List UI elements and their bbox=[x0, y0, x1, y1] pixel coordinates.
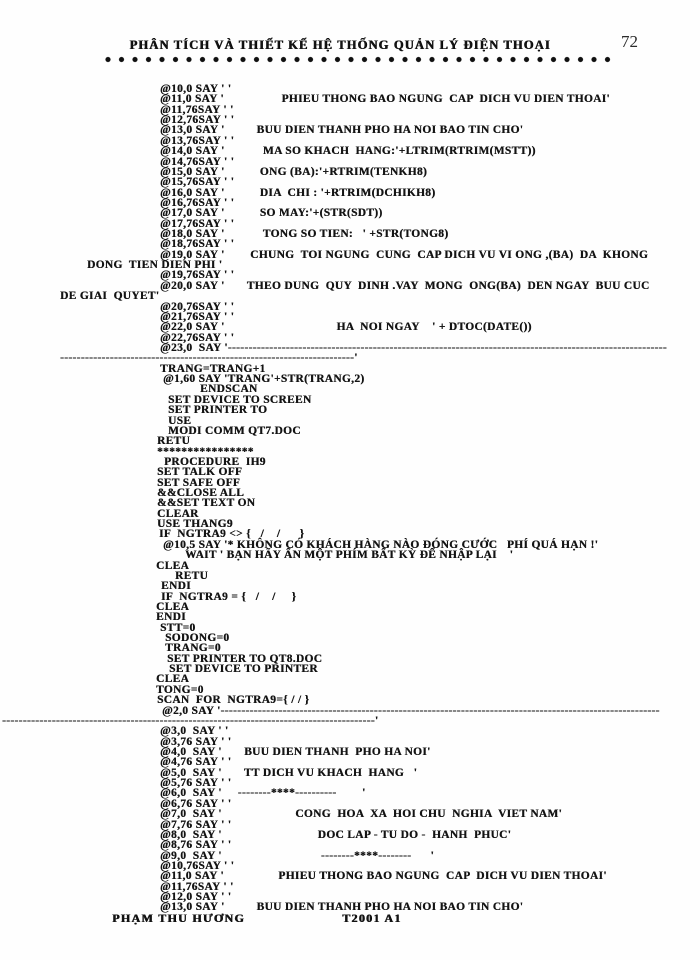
code-line: @5,0 SAY ' TT DICH VU KHACH HANG ' bbox=[0, 768, 700, 778]
code-line: ENDI bbox=[0, 581, 700, 591]
code-line: @7,0 SAY ' CONG HOA XA HOI CHU NGHIA VIE… bbox=[0, 809, 700, 819]
code-line: CLEA bbox=[0, 602, 700, 612]
code-line: WAIT ' BẠN HÃY ẤN MỘT PHÍM BẤT KỲ ĐỂ NHẬ… bbox=[0, 550, 700, 560]
code-line: CLEA bbox=[0, 561, 700, 571]
footer-class: T2001 A1 bbox=[342, 911, 401, 926]
code-line: @1,60 SAY 'TRANG'+STR(TRANG,2) bbox=[0, 374, 700, 384]
dotted-rule bbox=[104, 55, 616, 64]
code-line: @13,0 SAY ' BUU DIEN THANH PHO HA NOI BA… bbox=[0, 125, 700, 135]
code-line: @4,0 SAY ' BUU DIEN THANH PHO HA NOI' bbox=[0, 747, 700, 757]
page-number: 72 bbox=[621, 32, 638, 52]
code-line: ----------------------------------------… bbox=[0, 716, 700, 726]
code-line: SET SAFE OFF bbox=[0, 478, 700, 488]
code-line: SET TALK OFF bbox=[0, 467, 700, 477]
code-line: RETU bbox=[0, 571, 700, 581]
code-line: @11,76SAY ' ' bbox=[0, 105, 700, 115]
code-line: @16,0 SAY ' DIA CHI : '+RTRIM(DCHIKH8) bbox=[0, 188, 700, 198]
code-line: PROCEDURE IH9 bbox=[0, 457, 700, 467]
code-line: RETU bbox=[0, 436, 700, 446]
code-line: @11,0 SAY ' PHIEU THONG BAO NGUNG CAP DI… bbox=[0, 94, 700, 104]
code-line: CLEA bbox=[0, 674, 700, 684]
code-line: DONG TIEN DIEN PHI ' bbox=[0, 260, 700, 270]
code-line: IF NGTRA9 = { / / } bbox=[0, 592, 700, 602]
code-line: SET DEVICE TO SCREEN bbox=[0, 395, 700, 405]
page-footer: PHẠM THU HƯƠNG T2001 A1 bbox=[0, 911, 700, 935]
code-line: @20,76SAY ' ' bbox=[0, 302, 700, 312]
code-line: **************** bbox=[0, 447, 700, 457]
code-line: SET PRINTER TO QT8.DOC bbox=[0, 654, 700, 664]
code-line: @18,0 SAY ' TONG SO TIEN: ' +STR(TONG8) bbox=[0, 229, 700, 239]
code-line: @11,0 SAY ' PHIEU THONG BAO NGUNG CAP DI… bbox=[0, 871, 700, 881]
code-line: USE THANG9 bbox=[0, 519, 700, 529]
code-line: &&SET TEXT ON bbox=[0, 498, 700, 508]
code-line: @22,0 SAY ' HA NOI NGAY ' + DTOC(DATE()) bbox=[0, 322, 700, 332]
code-line: USE bbox=[0, 416, 700, 426]
code-line: TONG=0 bbox=[0, 685, 700, 695]
code-line: STT=0 bbox=[0, 623, 700, 633]
code-line: SODONG=0 bbox=[0, 633, 700, 643]
code-line: @15,0 SAY ' ONG (BA):'+RTRIM(TENKH8) bbox=[0, 167, 700, 177]
footer-author: PHẠM THU HƯƠNG bbox=[112, 911, 245, 926]
code-line: &&CLOSE ALL bbox=[0, 488, 700, 498]
code-line: @8,0 SAY ' DOC LAP - TU DO - HANH PHUC' bbox=[0, 830, 700, 840]
code-line: SCAN FOR NGTRA9={ / / } bbox=[0, 695, 700, 705]
header-title: PHÂN TÍCH VÀ THIẾT KẾ HỆ THỐNG QUẢN LÝ Đ… bbox=[70, 38, 610, 53]
code-line: CLEAR bbox=[0, 509, 700, 519]
code-line: DE GIAI QUYET' bbox=[0, 291, 700, 301]
document-page: PHÂN TÍCH VÀ THIẾT KẾ HỆ THỐNG QUẢN LÝ Đ… bbox=[0, 0, 700, 960]
code-line: ENDI bbox=[0, 612, 700, 622]
code-line: @11,76SAY ' ' bbox=[0, 882, 700, 892]
code-listing: @10,0 SAY ' '@11,0 SAY ' PHIEU THONG BAO… bbox=[0, 84, 700, 913]
code-line: MODI COMM QT7.DOC bbox=[0, 426, 700, 436]
code-line: @9,0 SAY ' --------****-------- ' bbox=[0, 851, 700, 861]
code-line: TRANG=0 bbox=[0, 643, 700, 653]
code-line: @6,0 SAY ' --------****---------- ' bbox=[0, 788, 700, 798]
code-line: ENDSCAN bbox=[0, 384, 700, 394]
page-header: PHÂN TÍCH VÀ THIẾT KẾ HỆ THỐNG QUẢN LÝ Đ… bbox=[0, 0, 700, 84]
code-line: @14,0 SAY ' MA SO KHACH HANG:'+LTRIM(RTR… bbox=[0, 146, 700, 156]
code-line: @3,0 SAY ' ' bbox=[0, 726, 700, 736]
code-line: ----------------------------------------… bbox=[0, 353, 700, 363]
code-line: SET PRINTER TO bbox=[0, 405, 700, 415]
code-line: SET DEVICE TO PRINTER bbox=[0, 664, 700, 674]
code-line: @17,0 SAY ' SO MAY:'+(STR(SDT)) bbox=[0, 208, 700, 218]
